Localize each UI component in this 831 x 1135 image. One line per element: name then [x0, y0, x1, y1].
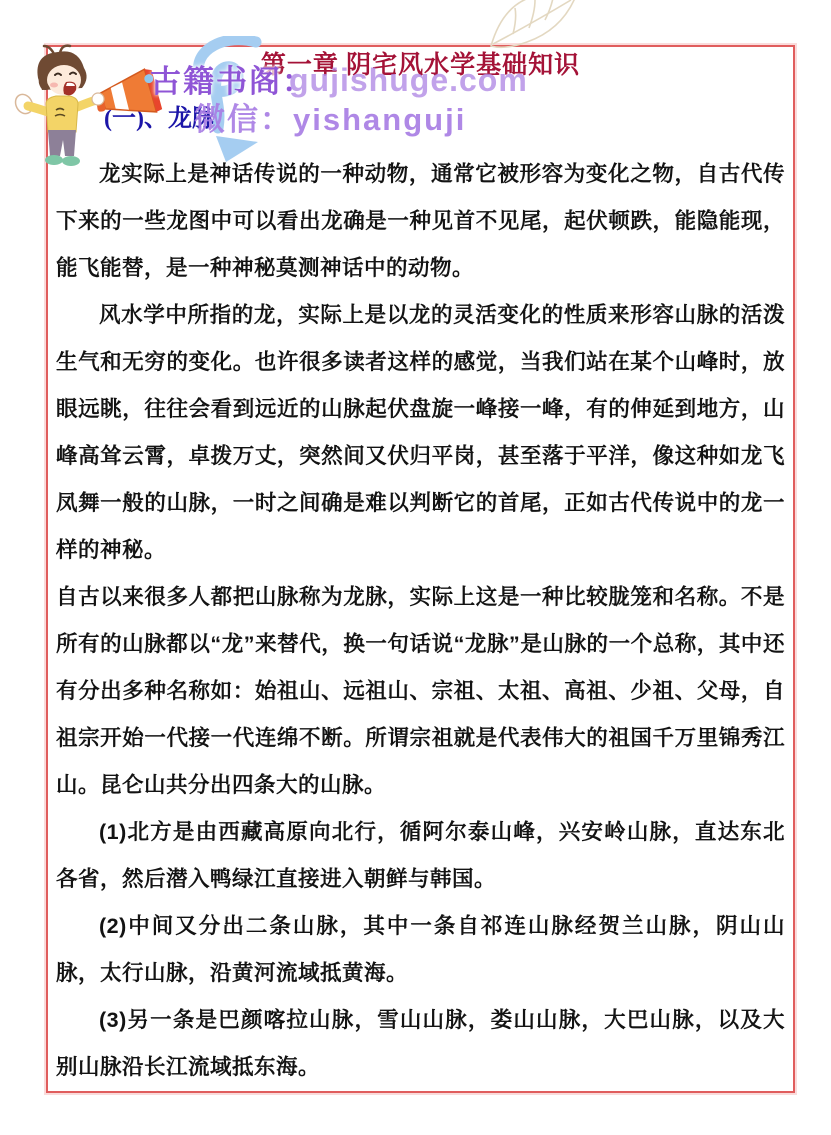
paragraph: (2)中间又分出二条山脉，其中一条自祁连山脉经贺兰山脉，阴山山脉，太行山脉，沿黄… [56, 903, 785, 997]
section-heading: (一)、龙脉 [56, 103, 785, 135]
page-border: 第一章 阴宅风水学基础知识 (一)、龙脉 龙实际上是神话传说的一种动物，通常它被… [46, 45, 795, 1093]
paragraph: (1)北方是由西藏高原向北行，循阿尔泰山峰，兴安岭山脉，直达东北各省，然后潜入鸭… [56, 809, 785, 903]
body-text: 龙实际上是神话传说的一种动物，通常它被形容为变化之物，自古代传下来的一些龙图中可… [56, 151, 785, 1091]
page-title: 第一章 阴宅风水学基础知识 [56, 50, 785, 82]
document-page: 第一章 阴宅风水学基础知识 (一)、龙脉 龙实际上是神话传说的一种动物，通常它被… [0, 0, 831, 1135]
paragraph: (3)另一条是巴颜喀拉山脉，雪山山脉，娄山山脉，大巴山脉，以及大别山脉沿长江流域… [56, 997, 785, 1091]
paragraph: 自古以来很多人都把山脉称为龙脉，实际上这是一种比较胧笼和名称。不是所有的山脉都以… [56, 574, 785, 809]
paragraph: 龙实际上是神话传说的一种动物，通常它被形容为变化之物，自古代传下来的一些龙图中可… [56, 151, 785, 292]
paragraph: 风水学中所指的龙，实际上是以龙的灵活变化的性质来形容山脉的活泼生气和无穷的变化。… [56, 292, 785, 574]
